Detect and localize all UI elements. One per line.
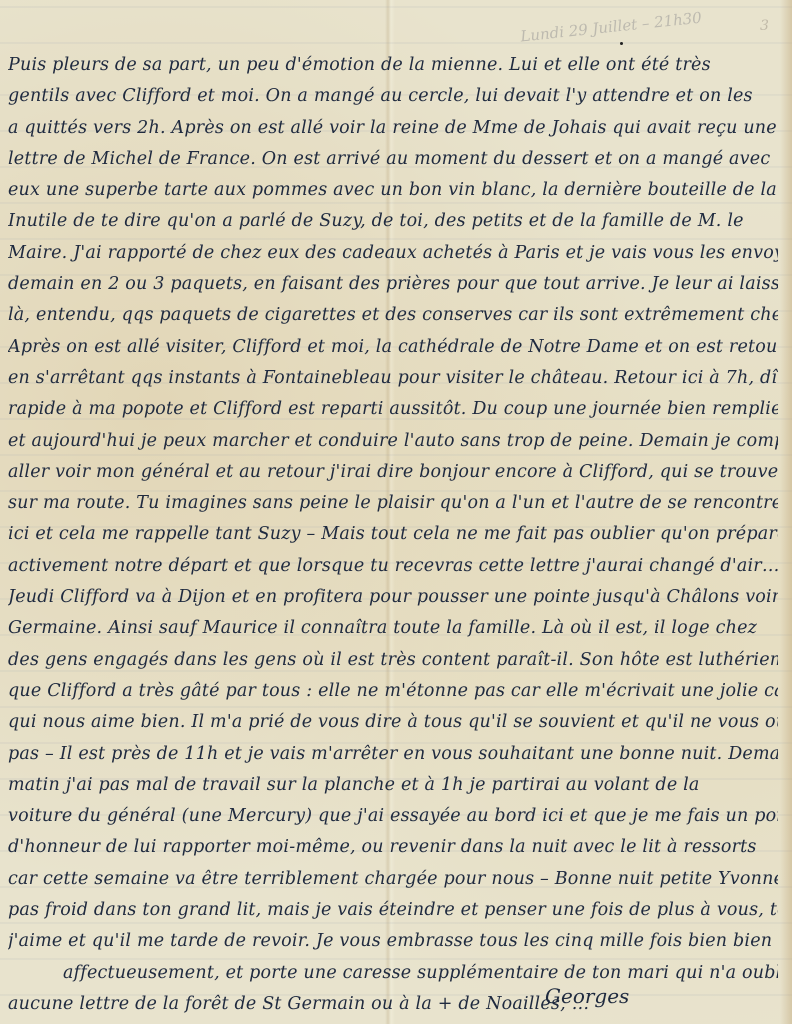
letter-line: des gens engagés dans les gens où il est…	[8, 645, 778, 676]
letter-line: Inutile de te dire qu'on a parlé de Suzy…	[8, 206, 778, 237]
letter-line: aucune lettre de la forêt de St Germain …	[8, 989, 778, 1020]
letter-header: Lundi 29 Juillet – 21h30 3	[0, 8, 792, 38]
letter-line: voiture du général (une Mercury) que j'a…	[8, 801, 778, 832]
letter-line: que Clifford a très gâté par tous : elle…	[8, 676, 778, 707]
letter-line: et aujourd'hui je peux marcher et condui…	[8, 426, 778, 457]
letter-line: car cette semaine va être terriblement c…	[8, 864, 778, 895]
letter-line: pas – Il est près de 11h et je vais m'ar…	[8, 739, 778, 770]
letter-line: Maire. J'ai rapporté de chez eux des cad…	[8, 238, 778, 269]
letter-line: a quittés vers 2h. Après on est allé voi…	[8, 113, 778, 144]
letter-page: Lundi 29 Juillet – 21h30 3 Puis pleurs d…	[0, 0, 792, 1024]
letter-line: Jeudi Clifford va à Dijon et en profiter…	[8, 582, 778, 613]
letter-line: activement notre départ et que lorsque t…	[8, 551, 778, 582]
letter-line: matin j'ai pas mal de travail sur la pla…	[8, 770, 778, 801]
letter-line: là, entendu, qqs paquets de cigarettes e…	[8, 300, 778, 331]
ink-dot	[620, 42, 623, 45]
letter-line: aller voir mon général et au retour j'ir…	[8, 457, 778, 488]
letter-line: qui nous aime bien. Il m'a prié de vous …	[8, 707, 778, 738]
letter-line: d'honneur de lui rapporter moi-même, ou …	[8, 832, 778, 863]
letter-line: sur ma route. Tu imagines sans peine le …	[8, 488, 778, 519]
letter-line: Germaine. Ainsi sauf Maurice il connaîtr…	[8, 613, 778, 644]
letter-line: lettre de Michel de France. On est arriv…	[8, 144, 778, 175]
letter-line: Puis pleurs de sa part, un peu d'émotion…	[8, 50, 778, 81]
letter-line: j'aime et qu'il me tarde de revoir. Je v…	[8, 926, 778, 957]
letter-line: eux une superbe tarte aux pommes avec un…	[8, 175, 778, 206]
letter-line: rapide à ma popote et Clifford est repar…	[8, 394, 778, 425]
page-number: 3	[760, 18, 769, 34]
letter-line: ici et cela me rappelle tant Suzy – Mais…	[8, 519, 778, 550]
letter-line: Après on est allé visiter, Clifford et m…	[8, 332, 778, 363]
letter-line: affectueusement, et porte une caresse su…	[8, 958, 778, 989]
letter-line: gentils avec Clifford et moi. On a mangé…	[8, 81, 778, 112]
letter-line: en s'arrêtant qqs instants à Fontaineble…	[8, 363, 778, 394]
letter-line: demain en 2 ou 3 paquets, en faisant des…	[8, 269, 778, 300]
letter-line: pas froid dans ton grand lit, mais je va…	[8, 895, 778, 926]
paper-edge-shadow	[780, 0, 792, 1024]
signature: Georges	[545, 984, 629, 1008]
letter-body: Puis pleurs de sa part, un peu d'émotion…	[8, 50, 778, 1020]
